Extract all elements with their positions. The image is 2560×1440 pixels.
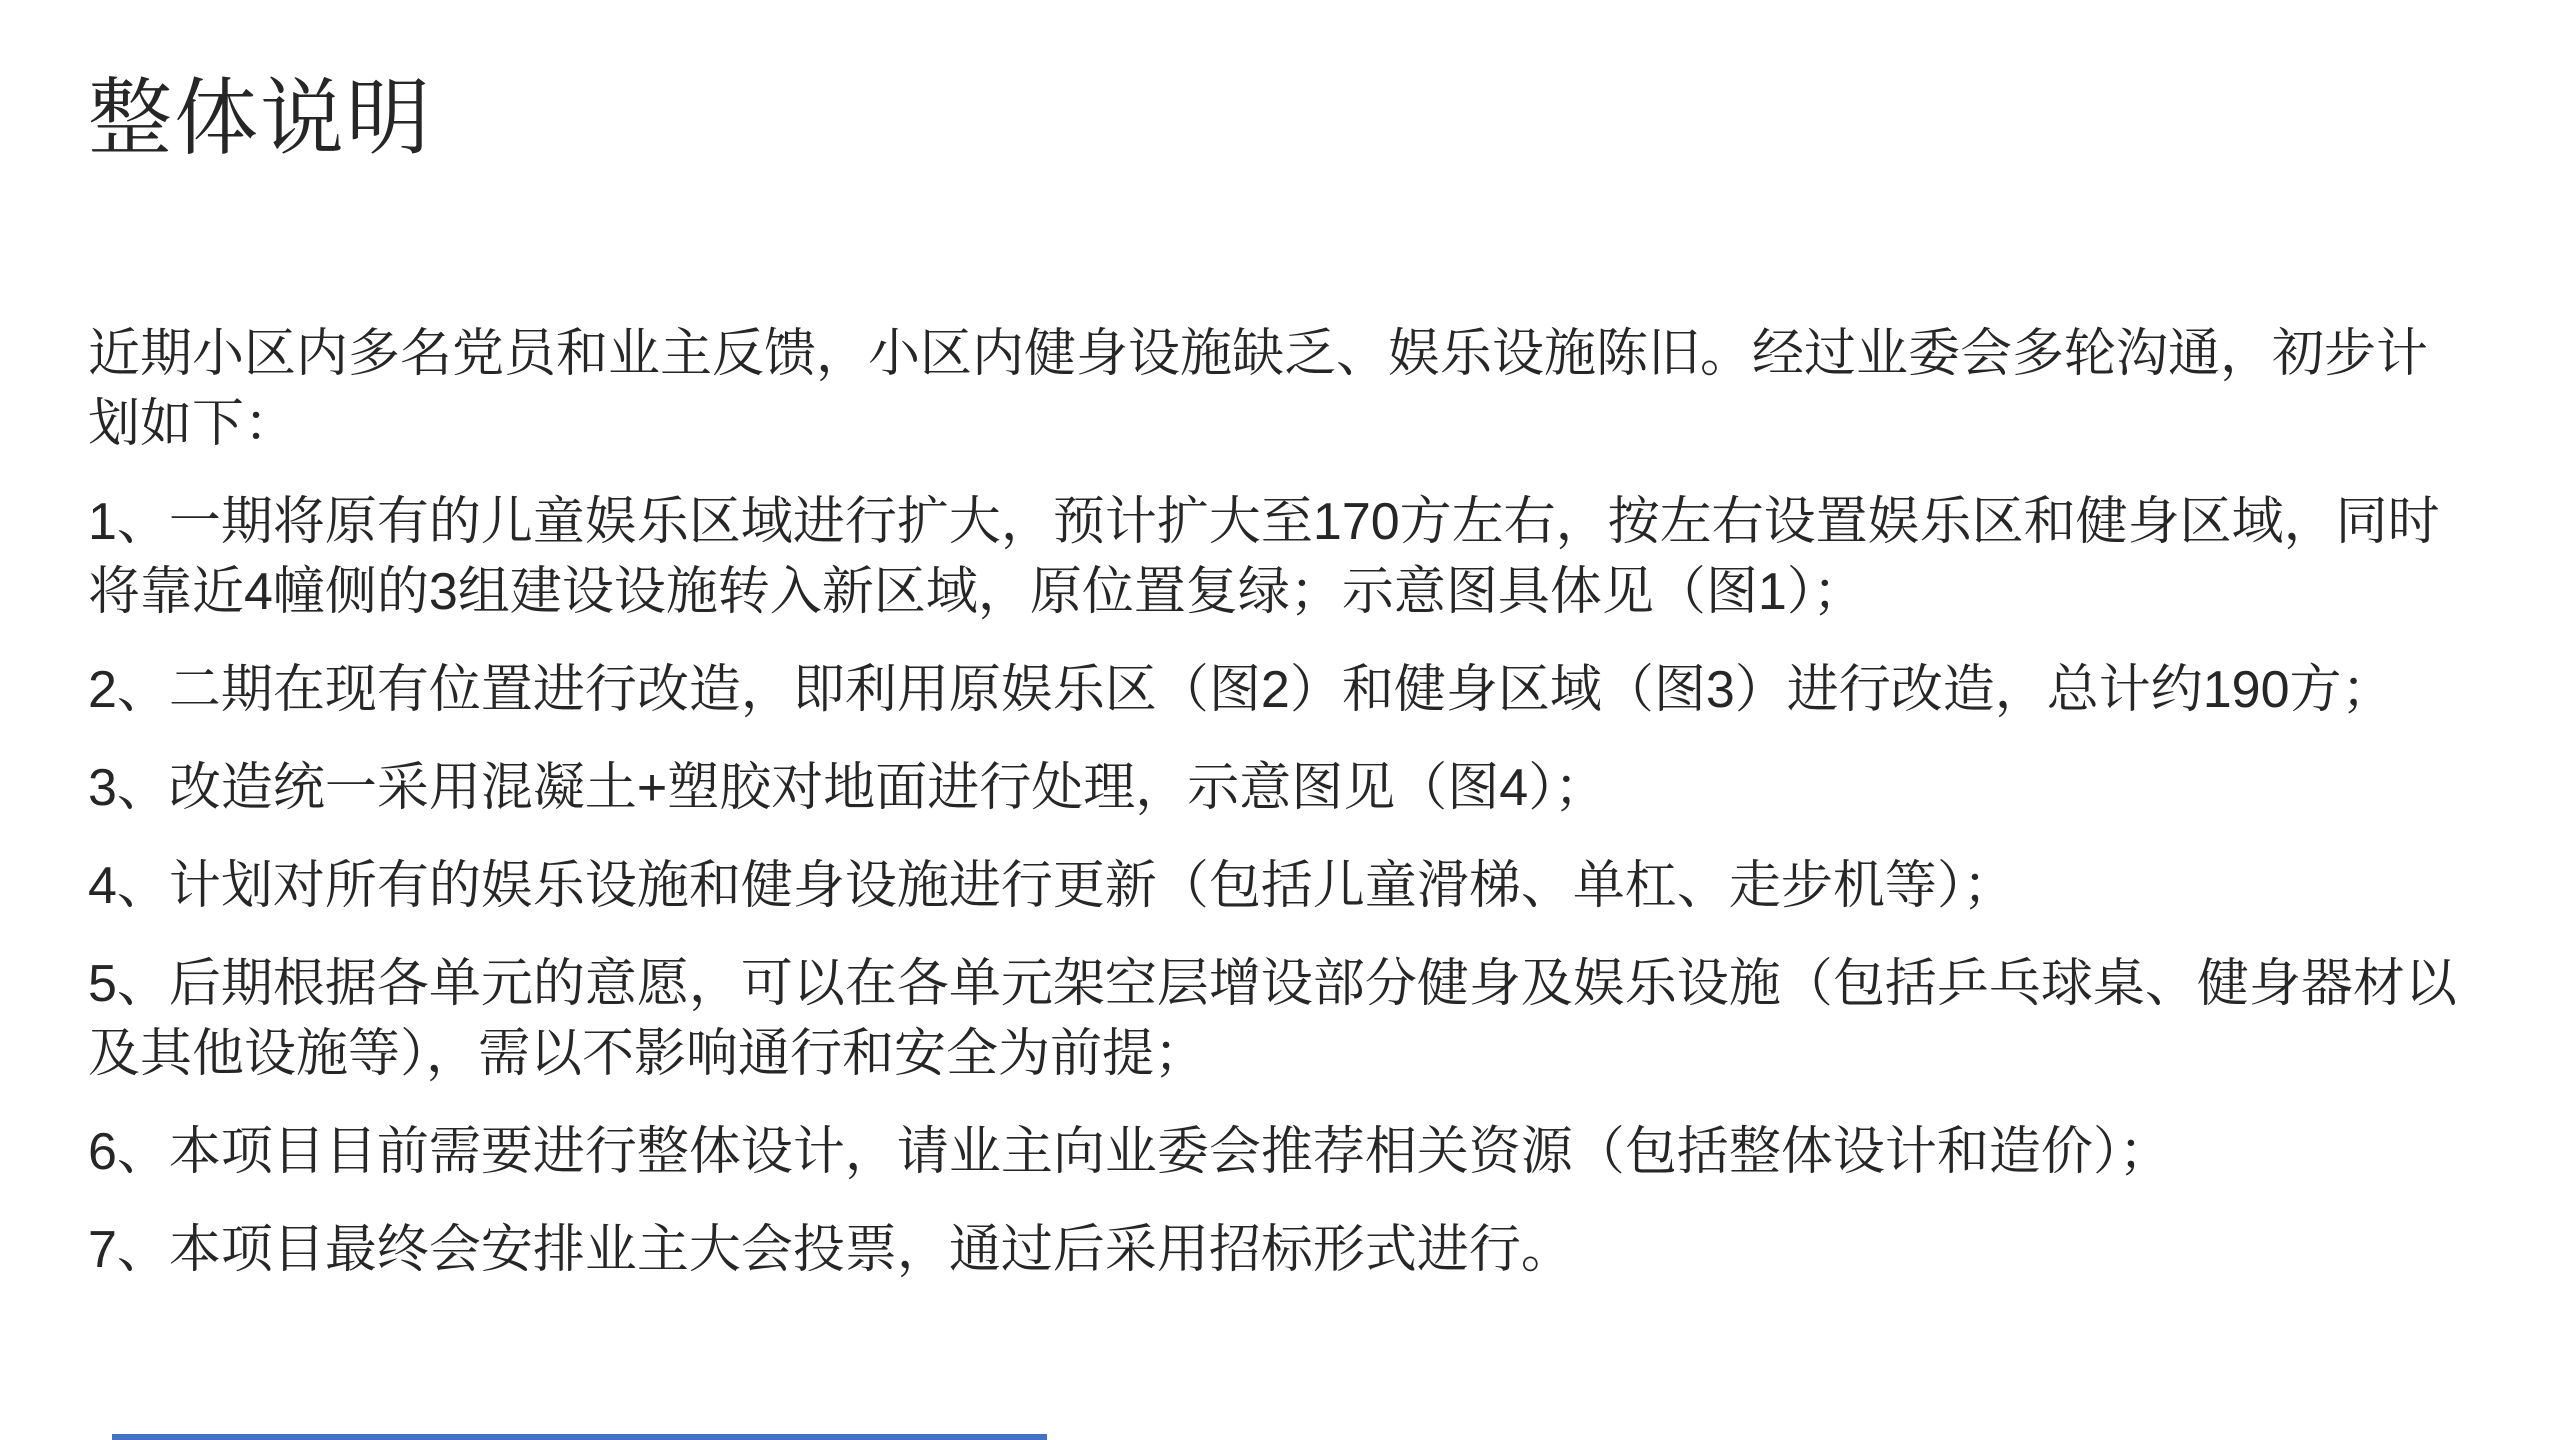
plan-item-5: 5、后期根据各单元的意愿，可以在各单元架空层增设部分健身及娱乐设施（包括乒乓球桌… xyxy=(88,949,2472,1089)
plan-item-7: 7、本项目最终会安排业主大会投票，通过后采用招标形式进行。 xyxy=(88,1215,2472,1285)
plan-item-6: 6、本项目目前需要进行整体设计，请业主向业委会推荐相关资源（包括整体设计和造价）… xyxy=(88,1117,2472,1187)
document-page: 整体说明 近期小区内多名党员和业主反馈，小区内健身设施缺乏、娱乐设施陈旧。经过业… xyxy=(0,0,2560,1440)
page-title: 整体说明 xyxy=(88,72,2472,164)
plan-item-3: 3、改造统一采用混凝土+塑胶对地面进行处理，示意图见（图4）； xyxy=(88,753,2472,823)
plan-item-1: 1、一期将原有的儿童娱乐区域进行扩大，预计扩大至170方左右，按左右设置娱乐区和… xyxy=(88,487,2472,627)
intro-paragraph: 近期小区内多名党员和业主反馈，小区内健身设施缺乏、娱乐设施陈旧。经过业委会多轮沟… xyxy=(88,319,2472,459)
bottom-accent-bar xyxy=(112,1434,1047,1440)
plan-item-2: 2、二期在现有位置进行改造，即利用原娱乐区（图2）和健身区域（图3）进行改造，总… xyxy=(88,655,2472,725)
plan-item-4: 4、计划对所有的娱乐设施和健身设施进行更新（包括儿童滑梯、单杠、走步机等）； xyxy=(88,851,2472,921)
